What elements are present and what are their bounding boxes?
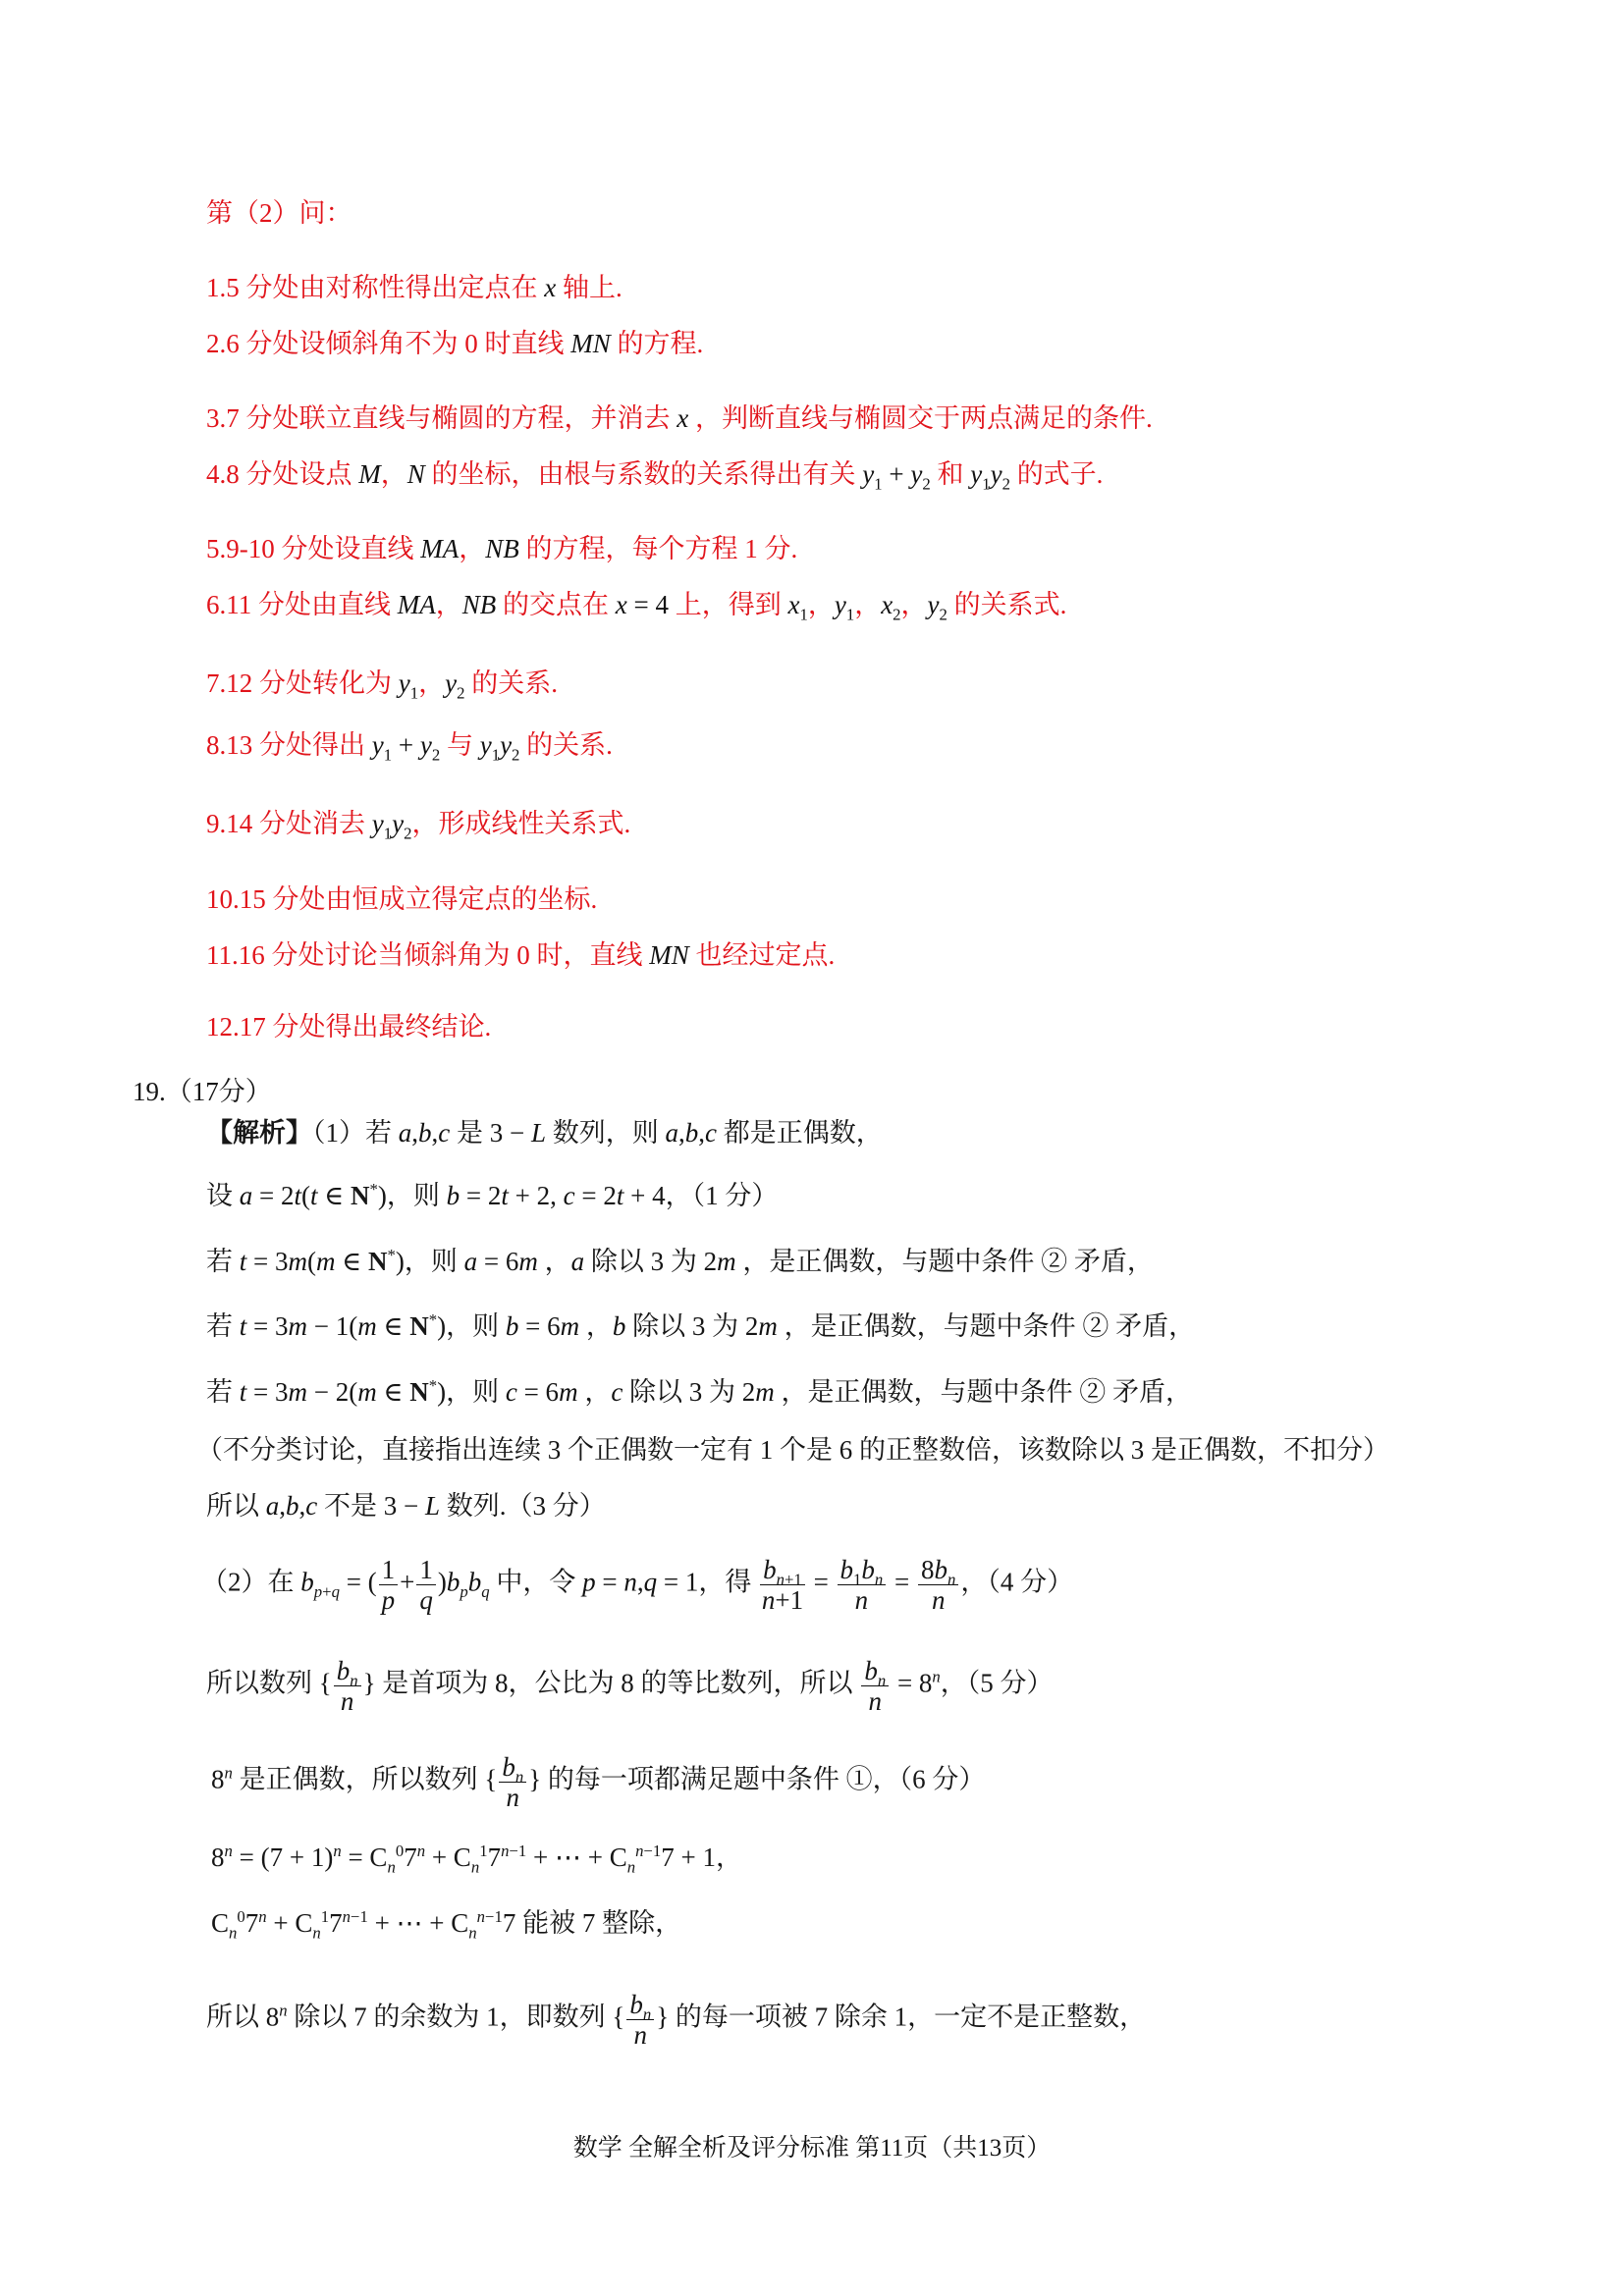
section-heading: 第（2）问：: [206, 196, 352, 230]
solution-line: （2）在 bp+q = (1p+1q)bpbq 中，令 p = n,q = 1，…: [201, 1555, 1073, 1615]
scoring-item: 12.17 分处得出最终结论.: [206, 1010, 491, 1043]
solution-line: 所以 8n 除以 7 的余数为 1，即数列 {bnn} 的每一项被 7 除余 1…: [206, 1990, 1146, 2050]
scoring-item: 6.11 分处由直线 MA，NB 的交点在 x = 4 上，得到 x1，y1，x…: [206, 588, 1066, 621]
scoring-item: 3.7 分处联立直线与椭圆的方程，并消去 x ，判断直线与椭圆交于两点满足的条件…: [206, 401, 1153, 435]
solution-line: 设 a = 2t(t ∈ N*)，则 b = 2t + 2, c = 2t + …: [206, 1179, 778, 1212]
scoring-item: 2.6 分处设倾斜角不为 0 时直线 MN 的方程.: [206, 327, 703, 360]
solution-line: 所以数列 {bnn} 是首项为 8，公比为 8 的等比数列，所以 bnn = 8…: [206, 1656, 1054, 1716]
solution-line: 若 t = 3m(m ∈ N*)，则 a = 6m ，a 除以 3 为 2m ，…: [206, 1245, 1154, 1278]
solution-line: 8n 是正偶数，所以数列 {bnn} 的每一项都满足题中条件 ①，（6 分）: [211, 1752, 985, 1812]
scoring-item: 8.13 分处得出 y1 + y2 与 y1y2 的关系.: [206, 728, 613, 762]
solution-line: 若 t = 3m − 1(m ∈ N*)，则 b = 6m ，b 除以 3 为 …: [206, 1309, 1195, 1343]
solution-line: 所以 a,b,c 不是 3 − L 数列.（3 分）: [206, 1489, 606, 1522]
solution-line: 若 t = 3m − 2(m ∈ N*)，则 c = 6m ，c 除以 3 为 …: [206, 1375, 1192, 1409]
scoring-item: 11.16 分处讨论当倾斜角为 0 时，直线 MN 也经过定点.: [206, 938, 835, 972]
question-number: 19.（17分）: [133, 1075, 272, 1108]
scoring-item: 4.8 分处设点 M，N 的坐标，由根与系数的关系得出有关 y1 + y2 和 …: [206, 457, 1103, 491]
scoring-item: 5.9-10 分处设直线 MA，NB 的方程，每个方程 1 分.: [206, 532, 797, 565]
scoring-item: 10.15 分处由恒成立得定点的坐标.: [206, 882, 597, 916]
solution-line: Cn07n + Cn17n−1 + ⋯ + Cnn−17 能被 7 整除，: [211, 1906, 681, 1940]
page-footer: 数学 全解全析及评分标准 第11页（共13页）: [0, 2128, 1624, 2163]
solution-line: 【解析】（1）若 a,b,c 是 3 − L 数列，则 a,b,c 都是正偶数，: [206, 1116, 883, 1149]
solution-line: 8n = (7 + 1)n = Cn07n + Cn17n−1 + ⋯ + Cn…: [211, 1841, 742, 1874]
scoring-item: 1.5 分处由对称性得出定点在 x 轴上.: [206, 271, 623, 304]
scoring-item: 9.14 分处消去 y1y2，形成线性关系式.: [206, 807, 630, 840]
solution-line: （不分类讨论，直接指出连续 3 个正偶数一定有 1 个是 6 的正整数倍，该数除…: [196, 1433, 1389, 1467]
scoring-item: 7.12 分处转化为 y1，y2 的关系.: [206, 667, 558, 700]
